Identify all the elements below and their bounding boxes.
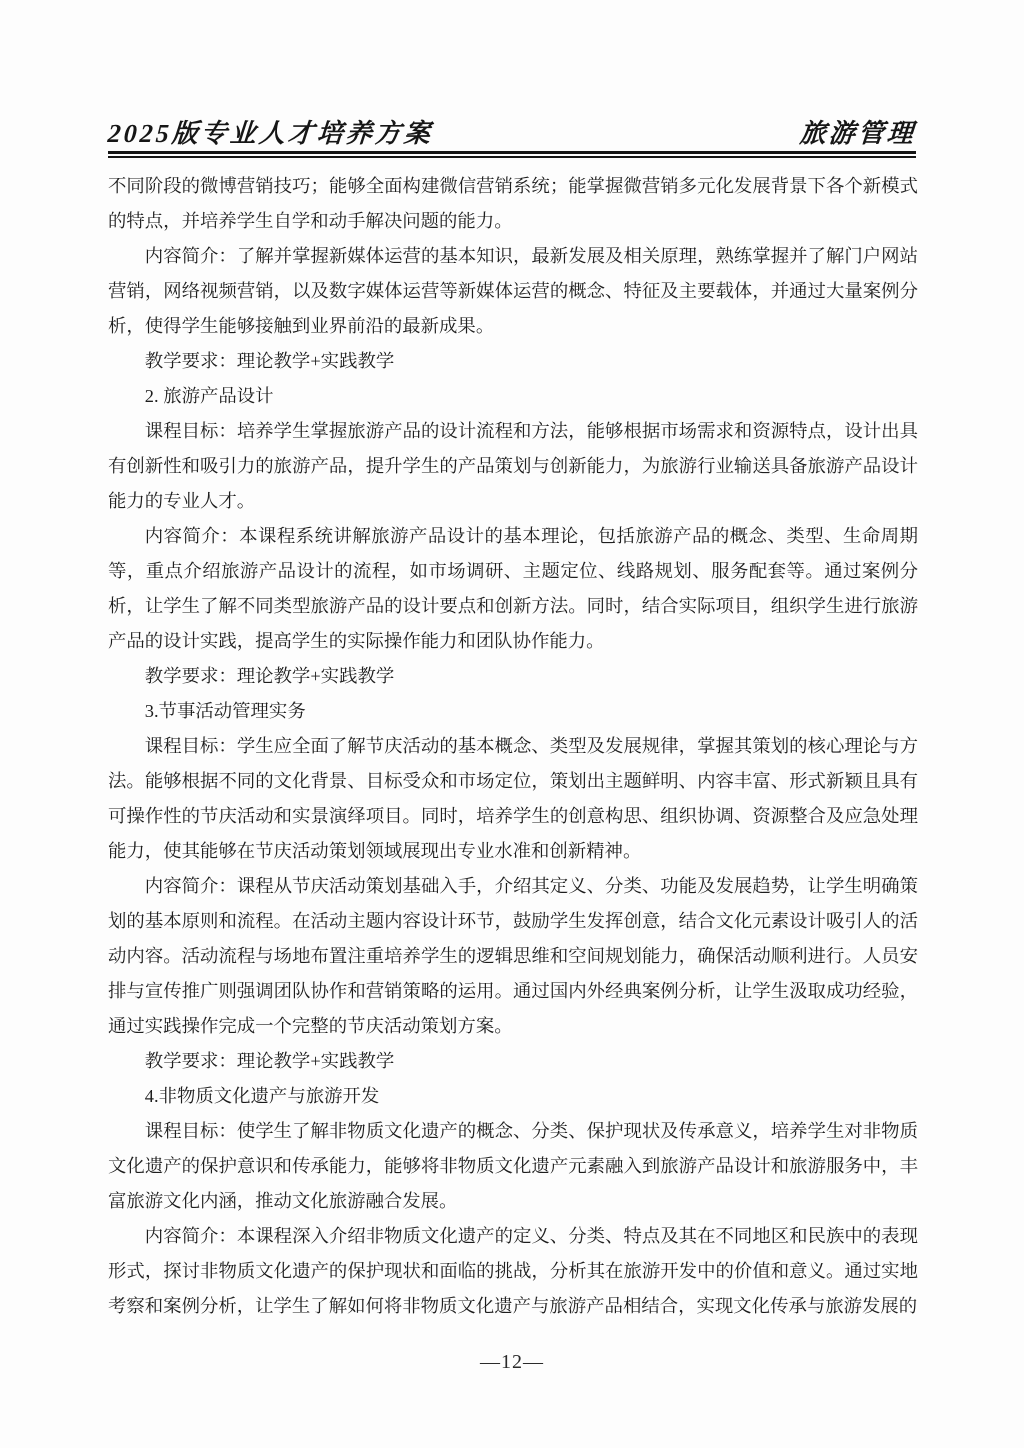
section-heading: 3.节事活动管理实务 [108, 694, 918, 729]
paragraph: 内容简介：了解并掌握新媒体运营的基本知识，最新发展及相关原理，熟练掌握并了解门户… [108, 239, 918, 344]
paragraph: 课程目标：培养学生掌握旅游产品的设计流程和方法，能够根据市场需求和资源特点，设计… [108, 414, 918, 519]
document-page: 2025版专业人才培养方案 旅游管理 不同阶段的微博营销技巧；能够全面构建微信营… [0, 0, 1024, 1448]
section-heading: 4.非物质文化遗产与旅游开发 [108, 1079, 918, 1114]
page-number: —12— [480, 1351, 544, 1373]
header-left-title: 2025版专业人才培养方案 [107, 113, 435, 150]
paragraph: 教学要求：理论教学+实践教学 [108, 344, 918, 379]
paragraph: 内容简介：本课程深入介绍非物质文化遗产的定义、分类、特点及其在不同地区和民族中的… [108, 1219, 918, 1324]
paragraph: 不同阶段的微博营销技巧；能够全面构建微信营销系统；能掌握微营销多元化发展背景下各… [108, 169, 918, 239]
page-header: 2025版专业人才培养方案 旅游管理 [108, 114, 916, 150]
paragraph: 课程目标：使学生了解非物质文化遗产的概念、分类、保护现状及传承意义，培养学生对非… [108, 1114, 918, 1219]
section-heading: 2. 旅游产品设计 [108, 379, 918, 414]
paragraph: 教学要求：理论教学+实践教学 [108, 1044, 918, 1079]
header-double-rule [108, 151, 916, 158]
header-right-title: 旅游管理 [799, 113, 918, 150]
paragraph: 课程目标：学生应全面了解节庆活动的基本概念、类型及发展规律，掌握其策划的核心理论… [108, 729, 918, 869]
page-footer: —12— [0, 1346, 1024, 1378]
paragraph: 内容简介：课程从节庆活动策划基础入手，介绍其定义、分类、功能及发展趋势，让学生明… [108, 869, 918, 1044]
paragraph: 内容简介：本课程系统讲解旅游产品设计的基本理论，包括旅游产品的概念、类型、生命周… [108, 519, 918, 659]
document-body: 不同阶段的微博营销技巧；能够全面构建微信营销系统；能掌握微营销多元化发展背景下各… [108, 169, 918, 1324]
paragraph: 教学要求：理论教学+实践教学 [108, 659, 918, 694]
